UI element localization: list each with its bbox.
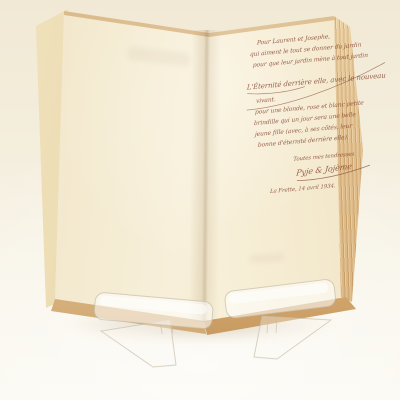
acrylic-book-stands xyxy=(0,0,400,400)
photo-open-book-scene: Pour Laurent et Josephe, qui aiment le t… xyxy=(0,0,400,400)
acrylic-stand-right xyxy=(224,279,336,359)
acrylic-stand-left xyxy=(94,292,214,367)
